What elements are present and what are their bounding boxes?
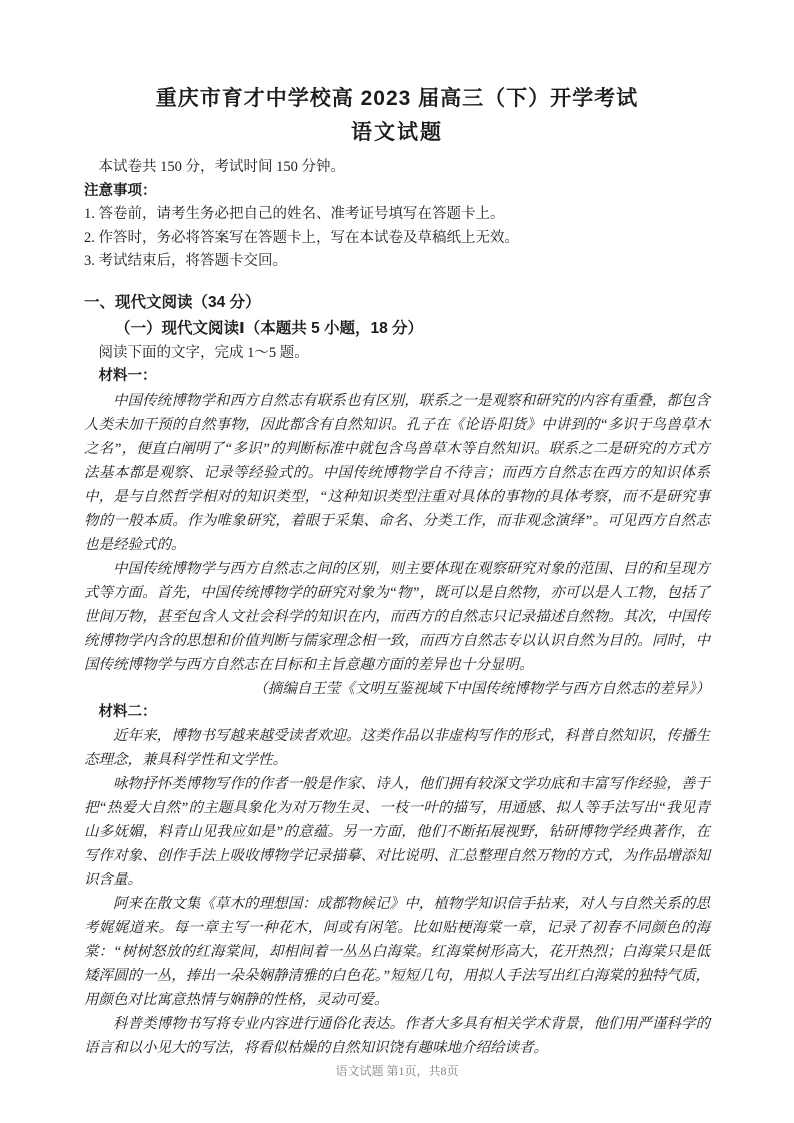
material-two-paragraph-1: 近年来，博物书写越来越受读者欢迎。这类作品以非虚构写作的形式，科普自然知识，传播… bbox=[84, 724, 710, 772]
notice-item-1: 1. 答卷前，请考生务必把自己的姓名、准考证号填写在答题卡上。 bbox=[84, 203, 710, 227]
material-one-label: 材料一： bbox=[84, 365, 710, 389]
material-two-label: 材料二： bbox=[84, 701, 710, 725]
material-one-paragraph-1: 中国传统博物学和西方自然志有联系也有区别，联系之一是观察和研究的内容有重叠，都包… bbox=[84, 389, 710, 557]
material-two-paragraph-2: 咏物抒怀类博物写作的作者一般是作家、诗人，他们拥有较深文学功底和丰富写作经验，善… bbox=[84, 772, 710, 892]
subsection-one-heading: （一）现代文阅读Ⅰ（本题共 5 小题，18 分） bbox=[84, 316, 710, 342]
exam-title: 重庆市育才中学校高 2023 届高三（下）开学考试 bbox=[84, 84, 710, 114]
material-two-paragraph-3: 阿来在散文集《草木的理想国：成都物候记》中，植物学知识信手拈来，对人与自然关系的… bbox=[84, 892, 710, 1012]
notice-item-2: 2. 作答时，务必将答案写在答题卡上，写在本试卷及草稿纸上无效。 bbox=[84, 227, 710, 251]
notice-heading: 注意事项： bbox=[84, 180, 710, 204]
page-footer: 语文试题 第1页，共8页 bbox=[0, 1062, 794, 1080]
subject-title: 语文试题 bbox=[84, 118, 710, 148]
notice-item-3: 3. 考试结束后，将答题卡交回。 bbox=[84, 250, 710, 274]
exam-info: 本试卷共 150 分，考试时间 150 分钟。 bbox=[84, 156, 710, 180]
exam-paper-page: 重庆市育才中学校高 2023 届高三（下）开学考试 语文试题 本试卷共 150 … bbox=[0, 0, 794, 1123]
material-two-paragraph-4: 科普类博物书写将专业内容进行通俗化表达。作者大多具有相关学术背景，他们用严谨科学… bbox=[84, 1012, 710, 1060]
material-one-paragraph-2: 中国传统博物学与西方自然志之间的区别，则主要体现在观察研究对象的范围、目的和呈现… bbox=[84, 557, 710, 677]
front-matter: 本试卷共 150 分，考试时间 150 分钟。 注意事项： 1. 答卷前，请考生… bbox=[84, 156, 710, 274]
section-one-heading: 一、现代文阅读（34 分） bbox=[84, 290, 710, 316]
reading-instruction: 阅读下面的文字，完成 1～5 题。 bbox=[84, 342, 710, 366]
material-one-attribution: （摘编自王莹《文明互鉴视域下中国传统博物学与西方自然志的差异》） bbox=[84, 677, 710, 701]
